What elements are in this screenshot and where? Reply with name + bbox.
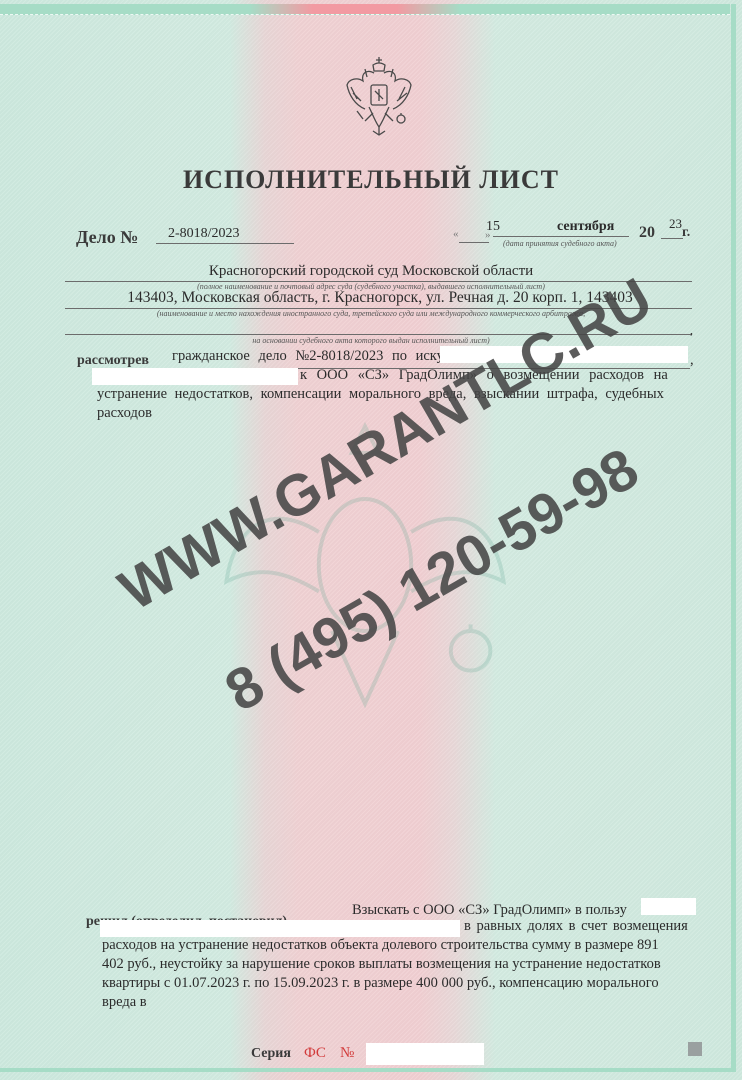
date-close-quote: » [485,229,491,241]
date-month: сентября [557,219,614,235]
redacted-series-number [366,1043,484,1065]
series-code: ФС [304,1045,326,1062]
decided-line-6: вреда в [102,993,147,1013]
date-year-unit: г. [682,225,690,241]
considered-label: рассмотрев [77,353,149,369]
right-border [731,4,736,1070]
top-border [0,4,730,15]
date-caption: (дата принятия судебного акта) [503,239,617,248]
decided-line-4: 402 руб., неустойку за нарушение сроков … [102,955,661,975]
redacted-plaintiff-name-2 [92,368,298,385]
coat-of-arms-icon [343,55,415,140]
considered-line-3: устранение недостатков, компенсации мора… [97,385,664,405]
date-day-underline [459,242,489,243]
date-year-suffix: 23 [669,216,682,232]
date-month-underline [493,236,629,237]
case-number: 2-8018/2023 [168,226,240,242]
date-open-quote: « [453,228,459,240]
decided-line-2: в равных долях в счет возмещения [464,917,688,937]
document-title: ИСПОЛНИТЕЛЬНЫЙ ЛИСТ [0,165,742,195]
case-label: Дело № [76,227,138,248]
date-year-underline [661,238,683,239]
decided-line-5: квартиры с 01.07.2023 г. по 15.09.2023 г… [102,974,659,994]
series-label: Серия [251,1046,291,1062]
redacted-recipient-name [641,898,696,915]
series-number-sign: № [340,1045,354,1062]
date-year-prefix: 20 [639,224,655,242]
case-number-underline [156,243,294,244]
considered-line-4: расходов [97,404,152,424]
decided-line-3: расходов на устранение недостатков объек… [102,936,659,956]
considered-line-1: гражданское дело №2-8018/2023 по иску [172,347,444,367]
top-border-pink-band [250,4,460,14]
bottom-border [0,1068,736,1072]
redacted-recipient-name-2 [100,920,460,937]
corner-square-mark [688,1042,702,1056]
considered-line-1-end: , [690,351,694,371]
